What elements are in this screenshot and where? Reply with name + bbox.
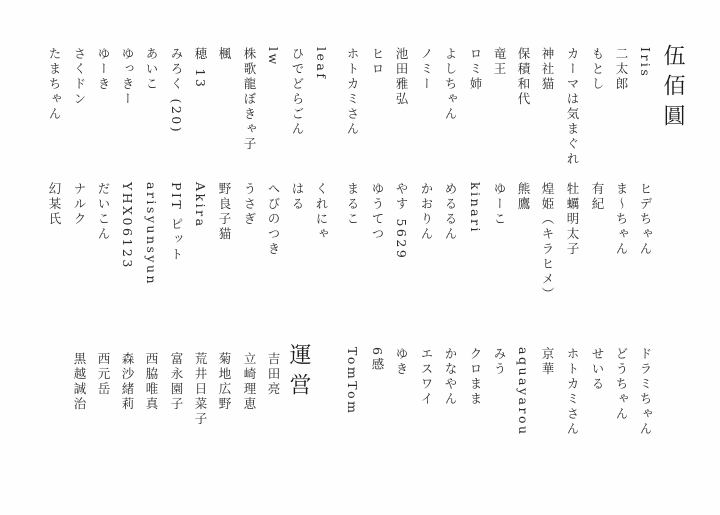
credit-name: lw	[266, 47, 280, 67]
credit-name: クロまま	[468, 347, 482, 407]
credit-name: かおりん	[419, 182, 433, 242]
credit-name: ゆーき	[96, 47, 110, 92]
credit-name: ノミー	[419, 47, 433, 92]
credit-name: ま〜ちゃん	[614, 182, 628, 257]
credit-name: たまちゃん	[47, 47, 61, 122]
credits-page: 伍佰圓 Irisヒデちゃんドラミちゃん二太郎ま〜ちゃんどうちゃんもとし有紀せいる…	[0, 0, 720, 515]
credit-name: 有紀	[590, 182, 604, 212]
credit-name: うさぎ	[242, 182, 256, 227]
credit-name: みう	[492, 347, 506, 377]
credit-name: さくドン	[72, 47, 86, 107]
credit-name: kinari	[468, 182, 482, 234]
staff-name: 吉田亮	[266, 352, 280, 397]
credit-name: 楓	[217, 47, 231, 62]
staff-heading: 運営	[286, 343, 310, 403]
credit-name: 牡蠣明太子	[565, 182, 579, 257]
credit-name: どうちゃん	[614, 347, 628, 422]
credit-name: 株歌龍ぼきゃ子	[242, 47, 256, 152]
staff-name: 森沙緒莉	[120, 352, 134, 412]
credit-name: ゆーこ	[492, 182, 506, 227]
credit-name: せいる	[590, 347, 604, 392]
credit-name: TomTom	[345, 347, 359, 416]
credit-name: ドラミちゃん	[638, 347, 652, 437]
credit-name: もとし	[590, 47, 604, 92]
credit-name: ロミ姉	[468, 47, 482, 92]
credit-name: 穂 13	[193, 47, 207, 89]
credit-name: aquayarou	[516, 347, 530, 437]
credit-name: 煌姫（キラヒメ）	[540, 182, 554, 302]
staff-name: 西元岳	[96, 352, 110, 397]
credit-name: YHX06123	[120, 182, 134, 270]
staff-name: 西脇唯真	[144, 352, 158, 412]
credit-name: ゆうてつ	[370, 182, 384, 242]
credit-name: みろく (20)	[169, 47, 183, 134]
credit-name: よしちゃん	[443, 47, 457, 122]
credit-name: 保積和代	[516, 47, 530, 107]
credit-name: くれにゃ	[314, 182, 328, 242]
credit-name: はる	[290, 182, 304, 212]
credit-name: 幻某氏	[47, 182, 61, 227]
credit-name: カーマは気まぐれ	[565, 47, 579, 167]
credit-name: やす 5629	[394, 182, 408, 260]
credit-name: 神社猫	[540, 47, 554, 92]
credit-name: ゆき	[394, 347, 408, 377]
staff-name: 立崎理恵	[242, 352, 256, 412]
credit-name: ヒデちゃん	[638, 182, 652, 257]
staff-name: 荒井日菜子	[193, 352, 207, 427]
credit-name: 竜王	[492, 47, 506, 77]
staff-name: 菊地広野	[217, 352, 231, 412]
credit-name: PIT ピット	[169, 182, 183, 263]
credit-name: エスワイ	[419, 347, 433, 407]
credit-name: 6感	[370, 347, 384, 372]
credit-name: あいこ	[144, 47, 158, 92]
staff-name: 黒越誠治	[72, 352, 86, 412]
credit-name: ホトカミさん	[345, 47, 359, 137]
credit-name: めるるん	[443, 182, 457, 242]
credit-name: かなやん	[443, 347, 457, 407]
credit-name: 二太郎	[614, 47, 628, 92]
credit-name: ゆっきー	[120, 47, 134, 107]
credit-name: 京華	[540, 347, 554, 377]
staff-name: 富永園子	[169, 352, 183, 412]
credit-name: だいこん	[96, 182, 110, 242]
credit-name: arisyunsyun	[144, 182, 158, 286]
credit-name: へびのつき	[266, 182, 280, 257]
credit-name: Iris	[638, 47, 652, 78]
credit-name: leaf	[314, 47, 328, 80]
credit-name: ひでどらごん	[290, 47, 304, 137]
credit-name: 池田雅弘	[394, 47, 408, 107]
credit-name: 熊鷹	[516, 182, 530, 212]
credits-heading: 伍佰圓	[660, 44, 684, 134]
credit-name: ホトカミさん	[565, 347, 579, 437]
credit-name: まるこ	[345, 182, 359, 227]
credit-name: ヒロ	[370, 47, 384, 77]
credit-name: ナルク	[72, 182, 86, 227]
credit-name: 野良子猫	[217, 182, 231, 242]
credit-name: Akira	[193, 182, 207, 229]
